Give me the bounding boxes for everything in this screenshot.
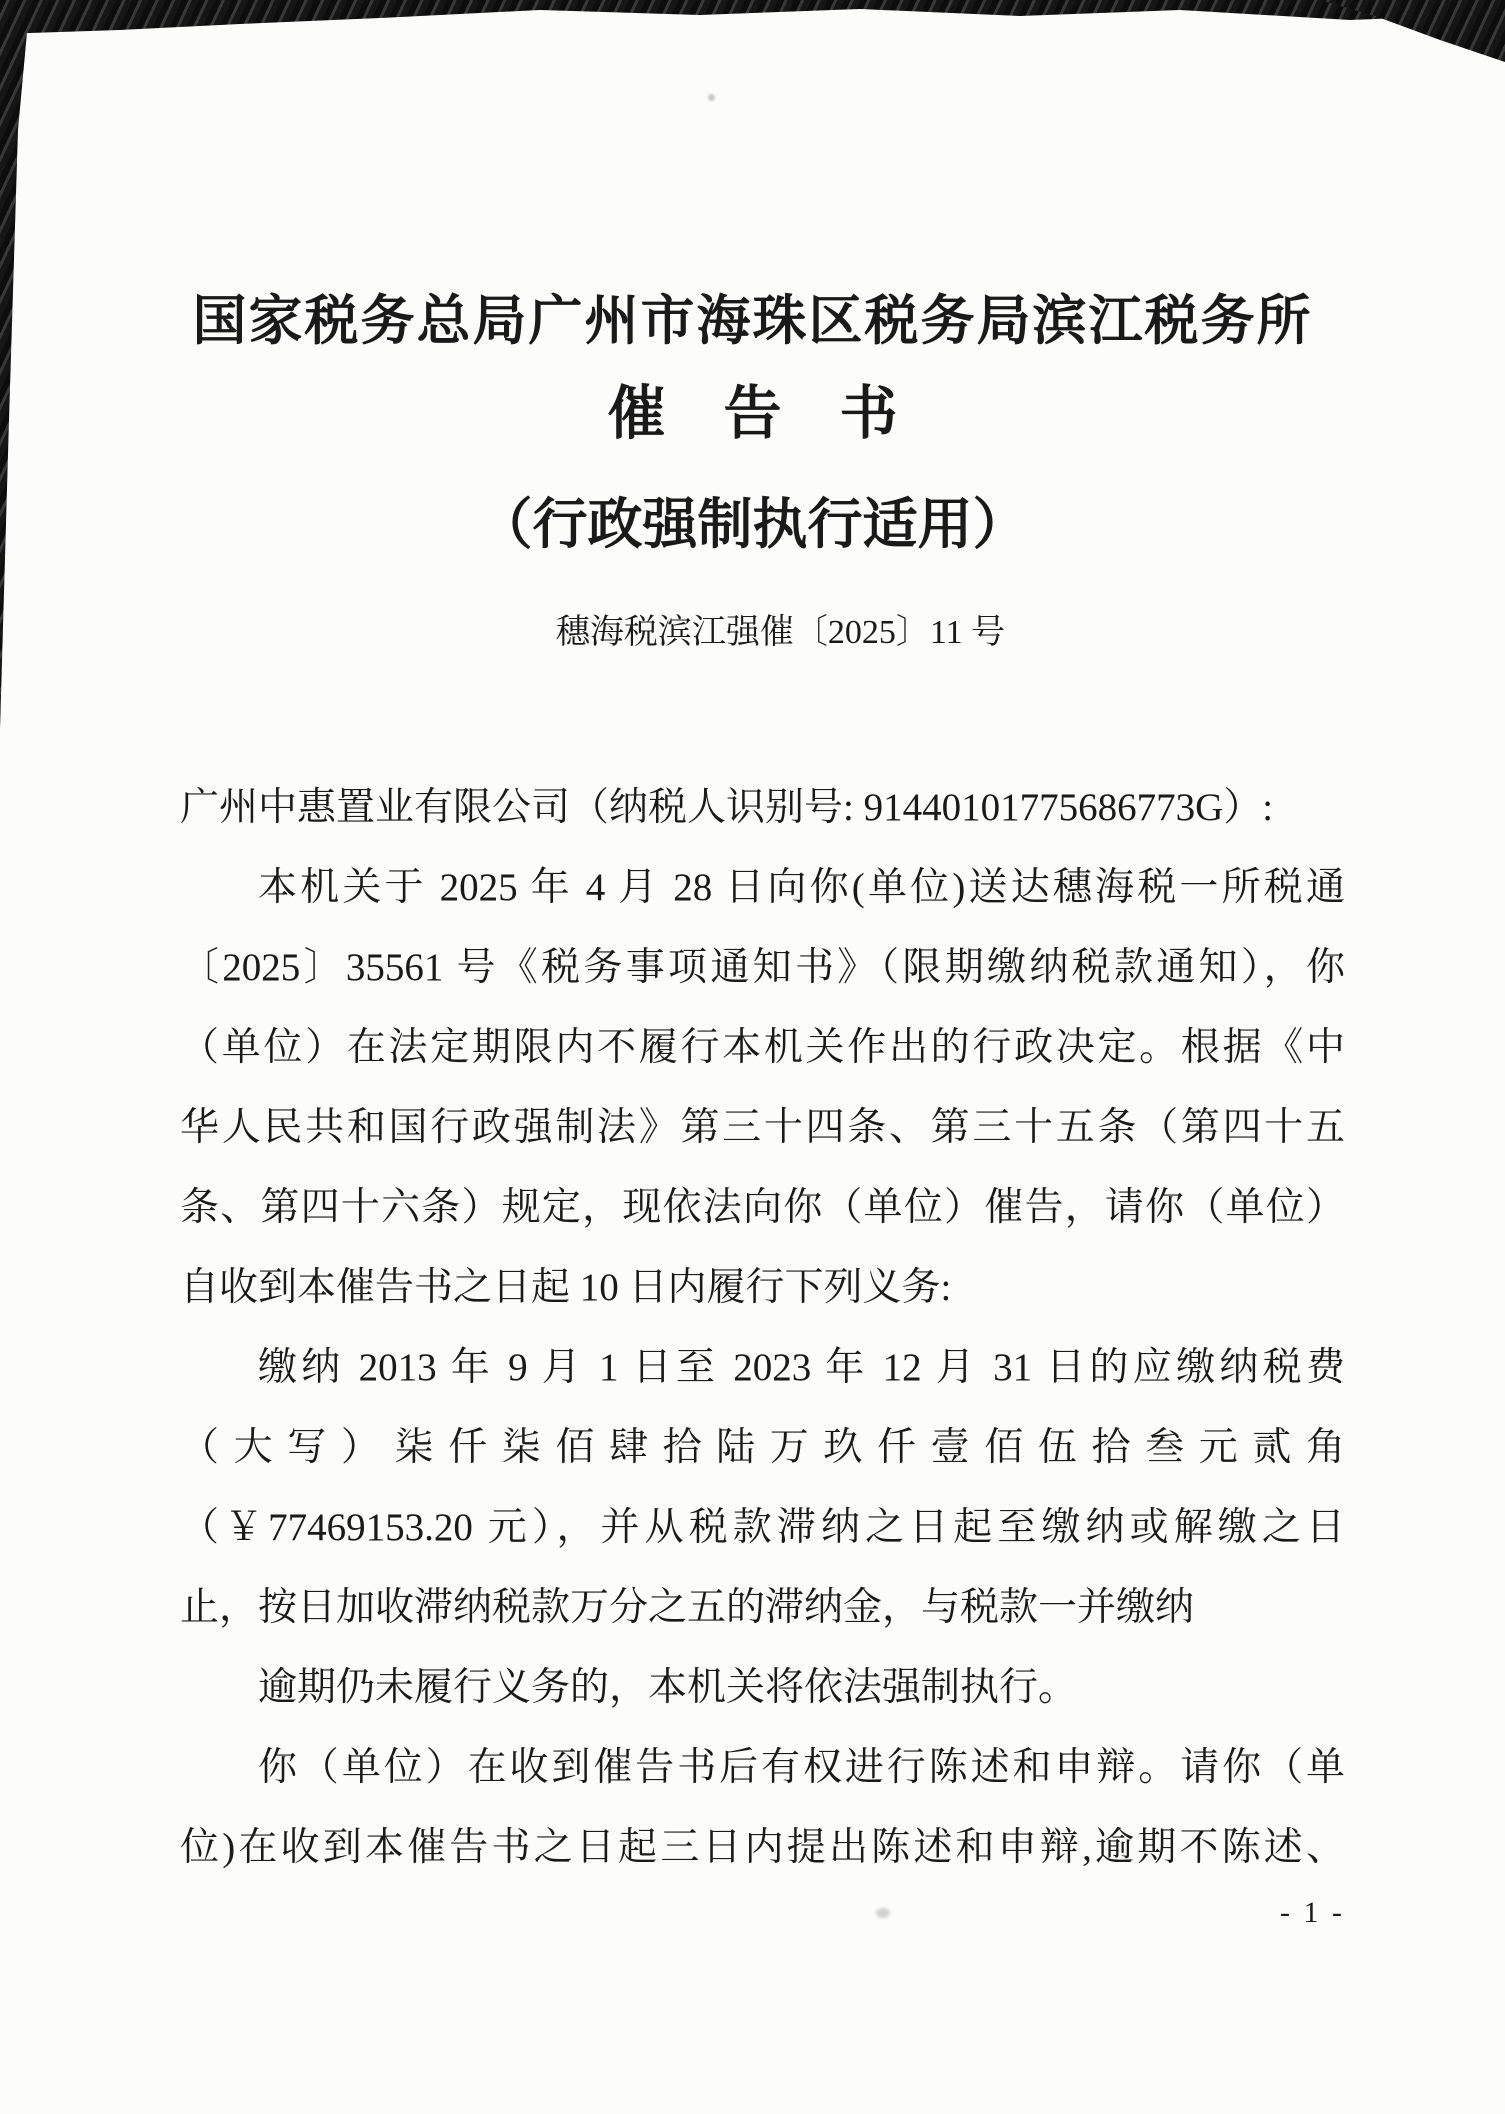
page-number: - 1 - <box>180 1896 1345 1930</box>
body-line: 位)在收到本催告书之日起三日内提出陈述和申辩,逾期不陈述、 <box>180 1808 1345 1888</box>
body-line: 你（单位）在收到催告书后有权进行陈述和申辩。请你（单 <box>180 1728 1345 1808</box>
scan-edge-left <box>0 0 30 730</box>
body-line: 条、第四十六条）规定，现依法向你（单位）催告，请你（单位） <box>180 1168 1345 1248</box>
body-line: 本机关于 2025 年 4 月 28 日向你(单位)送达穗海税一所税通 <box>180 848 1345 928</box>
body-line: 缴纳 2013 年 9 月 1 日至 2023 年 12 月 31 日的应缴纳税… <box>180 1328 1345 1408</box>
body-line: 广州中惠置业有限公司（纳税人识别号: 91440101775686773G）: <box>180 768 1345 848</box>
document-issuer-title: 国家税务总局广州市海珠区税务局滨江税务所 <box>0 278 1505 355</box>
body-line: 华人民共和国行政强制法》第三十四条、第三十五条（第四十五 <box>180 1088 1345 1168</box>
scan-edge-top <box>0 0 1505 34</box>
body-line: 止，按日加收滞纳税款万分之五的滞纳金，与税款一并缴纳 <box>180 1568 1345 1648</box>
body-line: （单位）在法定期限内不履行本机关作出的行政决定。根据《中 <box>180 1008 1345 1088</box>
scan-speck <box>708 94 715 101</box>
scanned-document-page: 国家税务总局广州市海珠区税务局滨江税务所 催 告 书 （行政强制执行适用） 穗海… <box>0 0 1505 2114</box>
body-line: （大写）柒仟柒佰肆拾陆万玖仟壹佰伍拾叁元贰角 <box>180 1408 1345 1488</box>
document-subtitle: （行政强制执行适用） <box>0 480 1505 559</box>
body-line: （￥77469153.20 元），并从税款滞纳之日起至缴纳或解缴之日 <box>180 1488 1345 1568</box>
body-line: 〔2025〕35561 号《税务事项通知书》（限期缴纳税款通知），你 <box>180 928 1345 1008</box>
body-line: 逾期仍未履行义务的，本机关将依法强制执行。 <box>180 1648 1345 1728</box>
document-body: 广州中惠置业有限公司（纳税人识别号: 91440101775686773G）: … <box>180 768 1345 1888</box>
body-line: 自收到本催告书之日起 10 日内履行下列义务: <box>180 1248 1345 1328</box>
document-number: 穗海税滨江强催〔2025〕11 号 <box>28 604 1505 653</box>
document-type-title: 催 告 书 <box>0 366 1505 450</box>
